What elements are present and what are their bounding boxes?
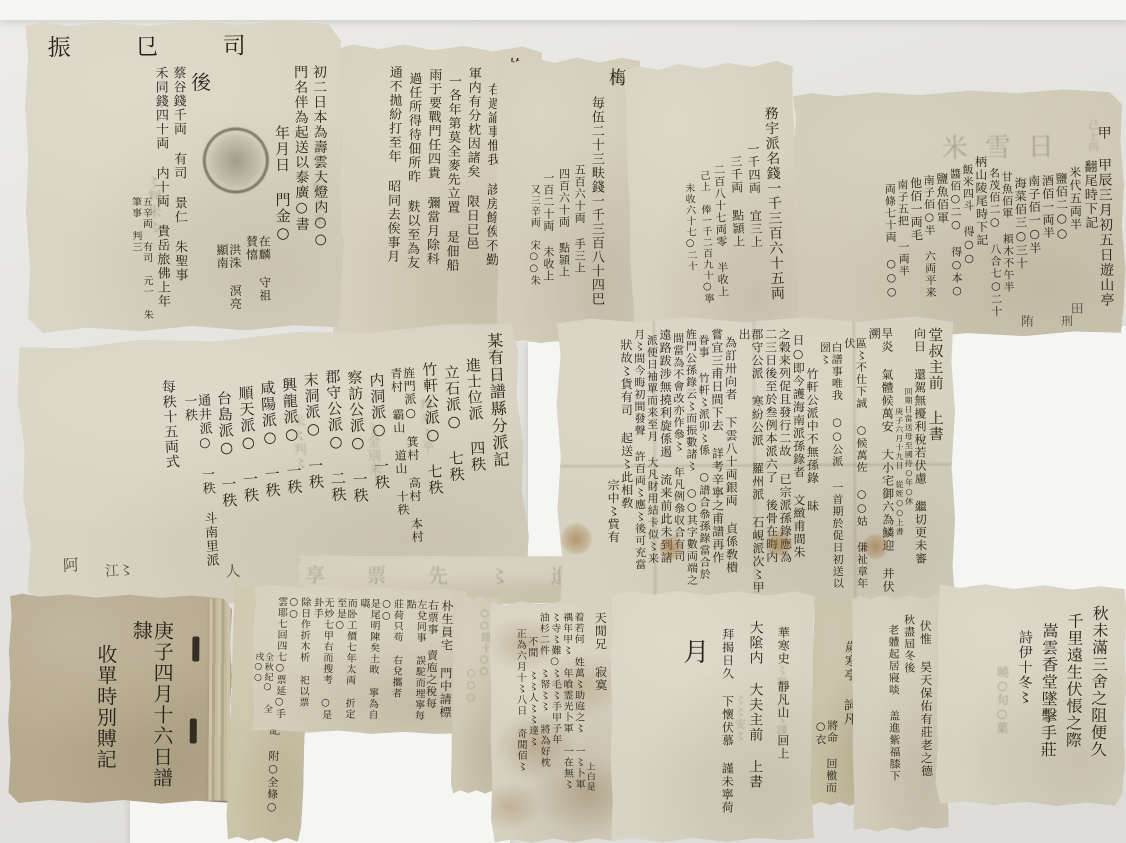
text-column: 天閒兄 寂寞: [594, 612, 608, 831]
text-column: ○○閒十○○: [476, 608, 489, 782]
scrawl-mark: 人: [225, 560, 241, 582]
text-column: 无炒七甲右而搜考 ○是卦手: [308, 597, 332, 721]
text-column: 而卧工價七年太両 折定至是○: [332, 597, 356, 721]
handwritten-text-block: 庚子四月十六日譜隸收單時別賻記: [67, 610, 186, 791]
text-column: 除日作折木析 祀以票○○: [285, 596, 309, 720]
paper-record-yusanjeong: 二手己○己上四甲 甲辰三月初五日遊山亭翻尾時下記米代五両半鹽佰二○○酒佰一両半南…: [791, 87, 1126, 341]
text-column: 嵩雲香堂墜擊手莊: [1038, 596, 1058, 794]
text-column: 正為六月十〻八日 奇閒佰〻: [513, 612, 525, 831]
text-column: 不閒 〻〻人〻〻達〻: [525, 612, 537, 831]
manuscript-photo-surface: 梅通右週諭事惟我 該房餘俟不勤軍内有分枕因諸矣 限日已邑一各年第莫全麥先立置 是…: [0, 0, 1126, 843]
paper-account-muja: 務宇派名錢一千三百六十五両一千四両 宜三上三千両 點頴上二百八十七両零 半收上己…: [623, 59, 803, 361]
text-column: 年月日 門金○: [272, 65, 291, 319]
handwritten-text-block: 初二日本為壽雲大燈内○○門名伴為起送以泰廣○書年月日 門金○在麟 守祖 賛憘洪洙…: [36, 64, 333, 321]
text-column: 拜揭日久 下懷伏慕 謹未寧荷: [720, 602, 734, 831]
paper-letter-cheonhan: 天閒兄 寂寞上白是着若何 姓萬〻助庭之〻 一〻卜軍禑年甲〻 年喰霊光卜軍 一在無…: [489, 600, 621, 843]
text-column: 月: [679, 602, 707, 831]
text-column: 郡守公派 寒紛公派 羅州派 石峴派次〻甲出: [737, 328, 764, 596]
large-character: 享: [305, 559, 325, 588]
text-column: 在麟 守祖 賛憘: [243, 65, 271, 319]
binding-stitch-0: [192, 637, 199, 662]
handwritten-text-block: 梅毎伍二十三畉錢一千三百八十四巴五百六十両 手三上四百六十両 點頴上一百二十両 …: [508, 68, 630, 332]
text-column: 門名伴為起送以泰廣○書: [292, 65, 309, 319]
text-column: 秋未滿三舍之阻便久: [1088, 597, 1108, 795]
text-column: 一各年第莫全麥先立置 是佃船: [443, 56, 461, 332]
large-character: 振: [47, 29, 70, 62]
text-column: 回期日當送母至國待○年○休: [903, 327, 913, 595]
scrawl-mark: 陏: [1021, 311, 1034, 330]
text-column: 甲 甲辰三月初五日遊山亭: [1095, 99, 1114, 323]
handwritten-text-block: 朴生員宅 門中請標右票事 賣庖之稅每左兌同事 誤駝而埋寧每點莊荷只苟 右兌攜者 …: [263, 596, 456, 724]
text-column: 曉○句○葉: [994, 596, 1009, 794]
text-column: 華寒史 靜凡山 回上: [776, 602, 790, 831]
text-column: 為訂卅向者 下雲八十両銀両 貞係敎樻: [724, 328, 738, 596]
text-column: 〻寺〻難○〻毛〻手甲子年: [548, 612, 560, 831]
text-column: 禑年甲〻 年喰霊光卜軍 一在無〻: [560, 612, 572, 831]
text-column: 軍内有分枕因諸矣 限日已邑: [462, 56, 480, 332]
text-column: 狀故〻貨有司 起送〻此相敎: [619, 329, 633, 597]
text-column: 老軆起居寢啖 盖進紫福膝下: [887, 606, 901, 820]
text-column: 日○即今護海南派孫錄者 文緻甫間朱: [791, 328, 805, 596]
white-backing-sheet-0: [0, 0, 1126, 20]
large-character: 米: [942, 128, 969, 165]
handwritten-text-block: 華寒史 靜凡山 回上大隂内 大夫主前 上書拜揭日久 下懷伏慕 謹未寧荷月: [622, 602, 804, 832]
paper-notebook-bujo: 庚子四月十六日譜隸收單時別賻記: [7, 593, 232, 805]
large-character-row: 米雪日: [942, 126, 1055, 165]
text-column: 雲耶七回四七○票延○手: [273, 596, 286, 720]
text-column: 一百二十両 未收上: [542, 68, 554, 332]
text-column: 後: [188, 66, 212, 320]
text-column: 蔡谷錢千両 有司 景仁 朱聖事: [170, 66, 186, 320]
text-column: 宗中〻貲有: [606, 329, 620, 597]
text-column: 左兌同事 誤駝而埋寧每點: [401, 599, 425, 723]
text-column: 着若何 姓萬〻助庭之〻 一〻卜軍: [571, 612, 583, 831]
text-column: 務宇派名錢一千三百六十五両: [761, 72, 785, 344]
large-character: 㔾: [135, 28, 158, 61]
text-column: 右票事 賣庖之稅每: [424, 599, 438, 723]
text-column: 旌門公孫錄云〻而振數諸〻 ○○其字數両端之: [685, 328, 698, 596]
text-column: 庚子四月十六日譜隸: [129, 610, 173, 790]
text-column: 伏惟 昊天保佑有莊老之德: [918, 606, 933, 820]
text-column: 油杉二件 〻帑〻〻 將為好枕: [537, 612, 549, 831]
large-character: 票: [366, 559, 386, 588]
text-column: 五辛両 有司 元一 朱筆事 判三: [128, 66, 152, 320]
text-column: 收單時別賻記: [94, 610, 116, 790]
text-column: 大隂内 大夫主前 上書: [747, 602, 763, 831]
text-column: 區〻不仕下誠 ○候萬佐 ○○姑 傔祉章年伏: [843, 327, 868, 595]
text-column: 詩伊十冬〻: [1015, 596, 1033, 794]
text-column: 秋盡屆冬後: [903, 606, 917, 820]
text-column: 嘗宜三甫日間下去 詳考辛寧之甫譜再作: [710, 328, 724, 596]
paper-letter-to-uncle: 堂叔主前 上書向日 還駕無擾利稅若伏慮 繼切更未審回期日當送母至國待○年○休庚子…: [555, 315, 957, 609]
text-column: 莊荷只苟 右兌攜者 ○○: [378, 598, 402, 722]
handwritten-text-block: 伏惟 昊天保佑有莊老之德秋盡屆冬後老軆起居寢啖 盖進紫福膝下: [863, 606, 937, 821]
paper-letter-chumi: 秋未滿三舍之阻便久千里遠生伏悵之際嵩雲香堂墜擊手莊詩伊十冬〻曉○句○葉: [934, 583, 1126, 808]
text-column: 竹軒公派中不無孫錄 昧: [805, 328, 819, 596]
ink-seal-stamp: [202, 127, 269, 194]
large-character: 〻: [489, 560, 509, 589]
handwritten-text-block: ○○閒十○○○○○: [463, 608, 491, 782]
text-column: 派便日袖單而来至月 大凡財用結卡似〻来: [646, 329, 659, 597]
text-column: 禾同錢四十両 内十両 貴岳旅佛上年: [153, 66, 169, 320]
text-column: 又三辛両 宋○○朱: [528, 68, 539, 332]
text-column: 通不拋紛打至年 昭同去俟事月: [383, 55, 401, 331]
handwritten-text-block: 秋未滿三舍之阻便久千里遠生伏悵之際嵩雲香堂墜擊手莊詩伊十冬〻曉○句○葉: [947, 595, 1116, 795]
paper-pyo-document: 朴生員宅 門中請標右票事 賣庖之稅每左兌同事 誤駝而埋寧每點莊荷只苟 右兌攜者 …: [250, 584, 467, 736]
large-character: 雪: [984, 127, 1011, 164]
large-character: 先: [428, 559, 448, 588]
text-column: 通井派○ 一秩 斗南里派 一秩: [179, 347, 219, 596]
large-character: 司: [222, 27, 245, 60]
scrawl-mark: 江〻: [105, 559, 134, 580]
text-column: 毎伍二十三畉錢一千三百八十四巴: [589, 68, 603, 332]
ink-stain-1: [658, 534, 684, 560]
text-column: ○○○: [464, 608, 477, 782]
text-column: 梅: [607, 68, 626, 332]
text-column: 上白是: [583, 612, 594, 831]
handwritten-text-block: 天閒兄 寂寞上白是着若何 姓萬〻助庭之〻 一〻卜軍禑年甲〻 年喰霊光卜軍 一在無…: [501, 612, 609, 832]
text-column: 全秋紀○ 全戌○○: [252, 596, 274, 720]
text-column: 雨于要戰門任四貴 彌當月除科: [423, 56, 441, 332]
ink-stain-3: [862, 533, 888, 559]
text-column: 眷事 竹軒〻派卯〻係 ○譜合叅孫錄當合於: [697, 328, 710, 596]
text-column: 初二日本為壽雲大燈内○○: [311, 65, 328, 319]
large-character: 日: [1027, 126, 1054, 163]
text-column: 是尾明陳矣土畋 寧為自嚆: [355, 598, 379, 722]
text-column: 庚子六月十九日 從姪○○上書: [894, 327, 904, 595]
handwritten-text-block: 堂叔主前 上書向日 還駕無擾利稅若伏慮 繼切更未審回期日當送母至國待○年○休庚子…: [567, 327, 944, 597]
text-column: 向日 還駕無擾利稅若伏慮 繼切更未審: [913, 327, 927, 595]
scrawl-mark: 刑: [1061, 312, 1073, 329]
text-column: 過任所得待佃所昨 麩以至為友: [403, 56, 421, 332]
text-column: 朴生員宅 門中請標: [438, 600, 453, 724]
paper-account-mei: 諸梅毎伍二十三畉錢一千三百八十四巴五百六十両 手三上四百六十両 點頴上一百二十両…: [496, 56, 642, 344]
text-column: 五百六十両 手三上: [574, 68, 586, 332]
paper-bokyu-strip: 伏惟 昊天保佑有莊老之德秋盡屆冬後老軆起居寢啖 盖進紫福膝下: [851, 594, 949, 833]
text-column: 千里遠生伏悵之際: [1063, 596, 1083, 794]
scrawl-mark: 阿: [62, 552, 79, 576]
ink-stain-0: [560, 523, 592, 555]
paper-ledger-jin: 金〻別〻米〻判米〻初二日本為壽雲大燈内○○門名伴為起送以泰廣○書年月日 門金○在…: [23, 18, 344, 333]
paper-letter-daeeum: 〻寧〻伏〻謹〻〻〻安〻華寒史 靜凡山 回上大隂内 大夫主前 上書拜揭日久 下懷伏…: [610, 590, 816, 843]
text-column: 四百六十両 點頴上: [558, 68, 570, 332]
ink-stain-2: [764, 530, 792, 558]
handwritten-text-block: 務宇派名錢一千三百六十五両一千四両 宜三上三千両 點頴上二百八十七両零 半收上己…: [635, 72, 790, 349]
binding-stitch-1: [190, 718, 197, 743]
text-column: 月〻間今晦初間發聲 許百両〻應〻後可充當: [633, 329, 646, 597]
text-column: 白譜事唯我 ○○公派 一首期於促日初送以 圀〻: [819, 328, 844, 596]
text-column: 將命 回檄而○衣: [813, 609, 840, 793]
large-character-row: 振㔾司: [47, 27, 245, 62]
text-column: 堂叔主前 上書: [926, 327, 943, 595]
white-backing-sheet-1: [946, 326, 1126, 618]
